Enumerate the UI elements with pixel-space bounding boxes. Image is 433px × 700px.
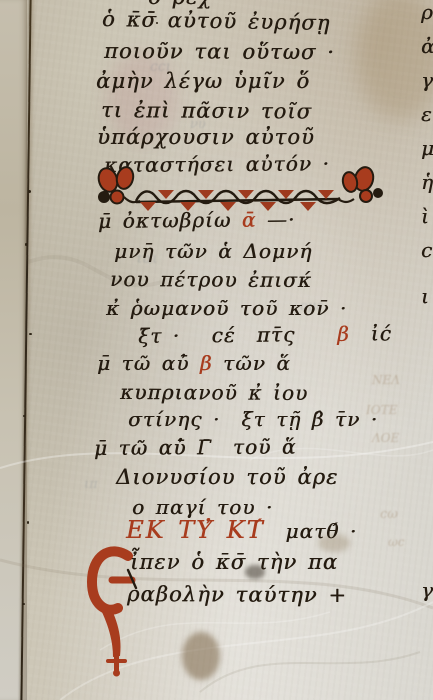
text-segment: μ̄ ὀκτωβρίω (98, 208, 242, 233)
edge-letter-fragment: ἡ (421, 172, 433, 192)
text-line: νου πέτρου ἐπισκ́ (110, 269, 312, 290)
text-segment: μ̄ τῶ αὐ̄ (97, 351, 200, 375)
text-segment: ὑπάρχουσιν αὐτοῦ (97, 125, 315, 149)
text-segment: ματθ́ · (265, 519, 358, 543)
day-number-red: β (200, 351, 213, 375)
text-line: ποιοῦν ται οὕτωσ · (104, 41, 335, 63)
text-line: ο παγί του · (132, 497, 273, 517)
ink-speck (22, 603, 25, 605)
edge-letter-fragment: γ (421, 580, 433, 600)
flower-right-icon (338, 165, 383, 202)
text-line: μ̄ τῶ αὐ̄ Γ̄ τοῦ ἅ (94, 437, 297, 458)
flower-left-icon (96, 165, 140, 203)
ink-speck (28, 190, 31, 193)
text-segment: τι ἐπὶ πᾶσιν τοῖσ (101, 98, 312, 123)
lection-ref-red: β (337, 322, 350, 346)
text-line: Διονυσίου τοῦ ἀρε (116, 467, 338, 488)
text-segment: Διονυσίου τοῦ ἀρε (116, 465, 338, 489)
edge-letter-fragment: ὶ (421, 206, 429, 226)
text-segment: ἶπεν ὁ κ̄σ̄ τὴν πα (130, 550, 338, 574)
text-segment: ὁ κ̄σ̄ αὐτοῦ ἐυρήσῃ (102, 7, 331, 35)
text-segment: κυπριανοῦ κ̓ ἰου (120, 380, 308, 405)
text-line: κυπριανοῦ κ̓ ἰου (120, 382, 308, 403)
text-segment: ραβολὴν ταύτην + (127, 582, 347, 607)
text-segment: ξ̄τ · ϲέ πτ̄ς (138, 322, 337, 348)
rubric-red-text: ΕΚ ΤΥ̓ ΚΤ́ (126, 516, 265, 544)
ink-speck (25, 243, 27, 246)
text-segment: μνη̄ τῶν ἁ Δομνή (114, 239, 312, 263)
text-segment: —· (256, 207, 295, 231)
edge-letter-fragment: ἀ (421, 36, 433, 56)
text-line: ἶπεν ὁ κ̄σ̄ τὴν πα (130, 552, 338, 573)
text-segment: τῶν ἅ (213, 351, 291, 375)
text-line: μ̄ τῶ αὐ̄ β τῶν ἅ (97, 353, 291, 373)
text-segment: κ̓ ῥωμανοῦ τοῦ κον̄ · (106, 296, 347, 320)
ink-speck (29, 333, 32, 335)
text-segment: μ̄ τῶ αὐ̄ Γ̄ τοῦ ἅ (94, 435, 297, 460)
edge-letter-fragment: ε (421, 104, 432, 124)
text-line: ραβολὴν ταύτην + (127, 584, 347, 606)
text-segment: ποιοῦν ται οὕτωσ · (104, 39, 335, 64)
text-line: μνη̄ τῶν ἁ Δομνή (114, 241, 312, 261)
text-segment: ἰϲ́ (350, 321, 392, 345)
manuscript-photo: ϲϲι νυ ται ομε ΝΕΛ ΙΟΤΕ ΛΟΕ ϲω ιπ ωϲ ο ρ… (0, 0, 433, 700)
day-number-red: ᾱ (242, 208, 257, 232)
edge-letter-fragment: ι (421, 286, 429, 306)
edge-letter-fragment: γ (421, 70, 433, 90)
edge-letter-fragment: ϲ (421, 240, 432, 260)
text-line-cut-top: ο ρεχ (148, 0, 212, 8)
text-line: ξ̄τ · ϲέ πτ̄ς β ἰϲ́ (138, 323, 392, 346)
ink-speck (23, 415, 25, 417)
text-segment: στίνης · ξ̄τ τῇ β̂ τ̄ν · (128, 407, 378, 431)
ink-speck (27, 521, 29, 524)
text-line: ἀμὴν λέγω ὑμῖν ὅ (96, 71, 310, 92)
text-line: κ̓ ῥωμανοῦ τοῦ κον̄ · (106, 298, 347, 318)
edge-letter-fragment: ρ (421, 2, 433, 22)
gospel-heading-line: ΕΚ ΤΥ̓ ΚΤ́ ματθ́ · (126, 518, 357, 542)
text-line: τι ἐπὶ πᾶσιν τοῖσ (101, 100, 312, 122)
text-line: ὁ κ̄σ̄ αὐτοῦ ἐυρήσῃ (102, 9, 331, 34)
text-segment: νου πέτρου ἐπισκ́ (110, 267, 312, 292)
text-line: στίνης · ξ̄τ τῇ β̂ τ̄ν · (128, 409, 378, 429)
text-line: μ̄ ὀκτωβρίω ᾱ —· (98, 209, 296, 231)
text-line: ὑπάρχουσιν αὐτοῦ (97, 127, 315, 148)
edge-letter-fragment: μ (421, 138, 433, 158)
text-segment: ἀμὴν λέγω ὑμῖν ὅ (96, 69, 310, 93)
